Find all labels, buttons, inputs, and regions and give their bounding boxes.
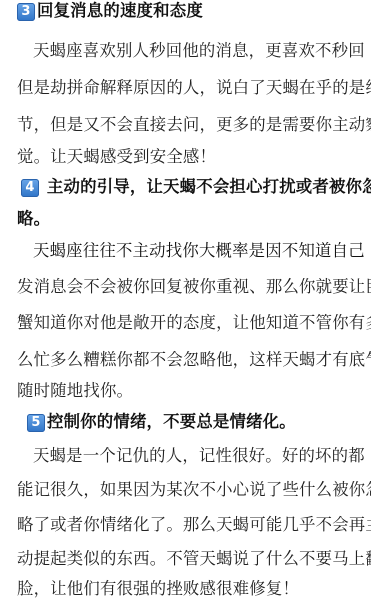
article-page: 3回复消息的速度和态度 天蝎座喜欢别人秒回他的消息，更喜欢不秒回 但是劫拼命解释… [0, 0, 371, 600]
number-5-badge-icon: 5 [27, 414, 45, 432]
section-3-paragraph-line: 但是劫拼命解释原因的人，说白了天蝎在乎的是细 [17, 77, 361, 99]
section-4-paragraph-line: 随时随地找你。 [17, 380, 361, 402]
section-4-paragraph-line: 么忙多么糟糕你都不会忽略他，这样天蝎才有底气 [17, 349, 361, 371]
section-4-heading: 4 主动的引导，让天蝎不会担心打扰或者被你忽 [21, 176, 361, 198]
section-5-paragraph-line: 略了或者你情绪化了。那么天蝎可能几乎不会再主 [17, 514, 361, 536]
section-4-paragraph-line: 发消息会不会被你回复被你重视、那么你就要让巨 [17, 276, 361, 298]
number-3-badge-icon: 3 [17, 3, 35, 21]
section-5-paragraph-line: 脸，让他们有很强的挫败感很难修复！ [17, 578, 361, 600]
section-4-heading-continued: 略。 [17, 208, 361, 230]
section-4-paragraph-line: 蟹知道你对他是敞开的态度，让他知道不管你有多 [17, 312, 361, 334]
section-3-heading: 3回复消息的速度和态度 [17, 0, 361, 22]
section-3-paragraph-line: 天蝎座喜欢别人秒回他的消息，更喜欢不秒回 [17, 40, 361, 62]
section-3-paragraph-line: 觉。让天蝎感受到安全感！ [17, 146, 361, 168]
section-5-paragraph-line: 天蝎是一个记仇的人，记性很好。好的坏的都 [17, 445, 361, 467]
section-5-paragraph-line: 动提起类似的东西。不管天蝎说了什么不要马上翻 [17, 548, 361, 570]
number-4-badge-icon: 4 [21, 179, 39, 197]
section-3-paragraph-line: 节，但是又不会直接去问，更多的是需要你主动察 [17, 114, 361, 136]
section-4-paragraph-line: 天蝎座往往不主动找你大概率是因不知道自己 [17, 240, 361, 262]
section-5-paragraph-line: 能记很久，如果因为某次不小心说了些什么被你忽 [17, 479, 361, 501]
section-5-heading: 5控制你的情绪，不要总是情绪化。 [27, 411, 361, 433]
